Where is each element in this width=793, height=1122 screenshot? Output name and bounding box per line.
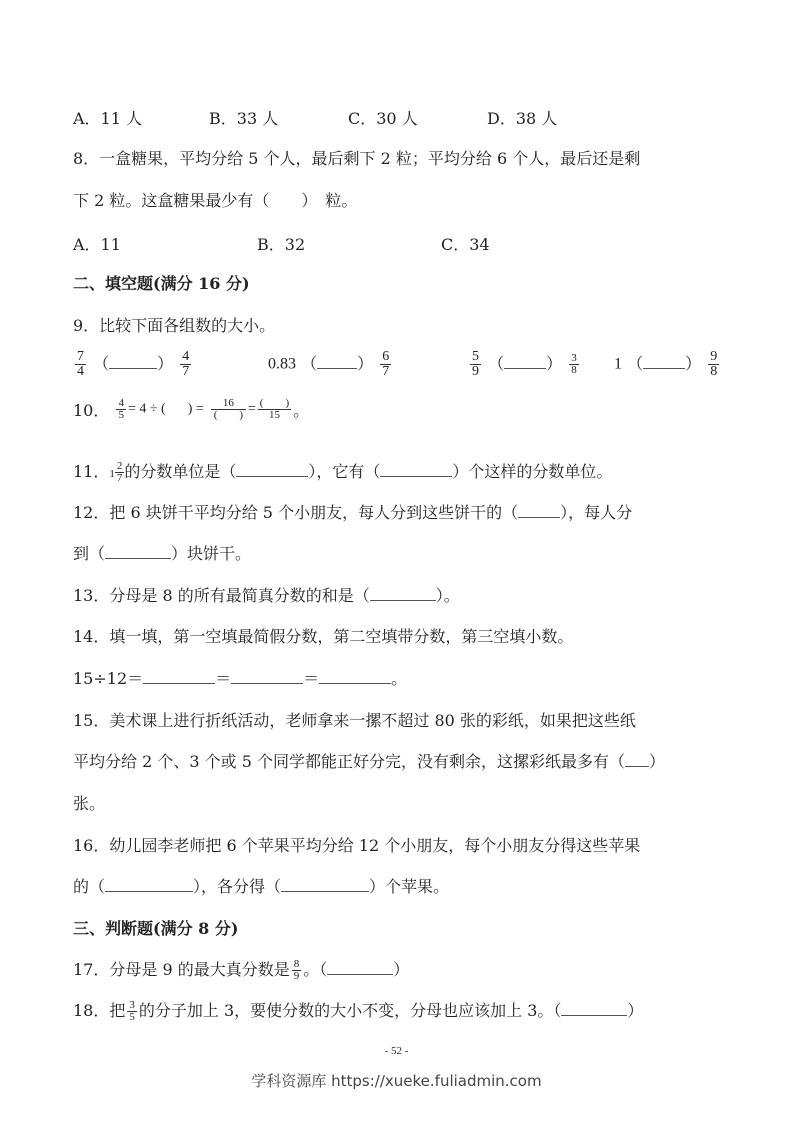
question-text: ） [649,752,665,771]
answer-blank[interactable] [109,354,157,369]
answer-blank[interactable] [643,354,685,369]
q8-line1: 8．一盒糖果，平均分给 5 个人，最后剩下 2 粒；平均分给 6 个人，最后还是… [73,148,640,170]
fraction-denominator: 5 [116,410,126,421]
equation-text: ＝ [215,669,231,688]
fraction-numerator: 4 [180,350,191,365]
equation-text: = [248,402,256,417]
fraction-denominator: 15 [267,410,282,421]
answer-blank[interactable] [327,960,393,975]
question-text: 13．分母是 8 的所有最简真分数的和是（ [73,586,370,605]
equation-text: ) = [188,402,204,417]
question-number: 10． [73,401,109,420]
q7-option-c: C．30 人 [348,106,418,129]
question-text: ） [627,1001,643,1020]
answer-blank[interactable] [518,503,560,518]
fraction-denominator: 7 [180,365,191,379]
fraction-numerator: 7 [75,350,86,365]
equation-text: = 4 ÷ ( [128,402,166,417]
question-text: 17．分母是 9 的最大真分数是 [73,960,290,979]
q11: 11．127的分数单位是（），它有（）个这样的分数单位。 [73,459,612,484]
answer-blank[interactable] [625,752,649,767]
integer-value: 1 [614,356,622,373]
source-watermark: 学科资源库 https://xueke.fuliadmin.com [0,1070,793,1091]
question-text: 。（ [303,960,327,979]
answer-blank-improper[interactable] [143,669,215,684]
fraction-denominator: 4 [75,365,86,379]
period: 。 [391,669,407,688]
q9-text: 9．比较下面各组数的大小。 [73,315,275,337]
q9-pair-3: 59 （） 38 [468,350,581,379]
fraction-denominator: 8 [569,365,579,376]
answer-blank[interactable] [105,544,171,559]
q13: 13．分母是 8 的所有最简真分数的和是（）。 [73,585,460,607]
q12-line1: 12．把 6 块饼干平均分给 5 个小朋友，每人分到这些饼干的（），每人分 [73,502,632,524]
question-text: ），每人分 [560,503,632,522]
answer-blank[interactable] [504,354,546,369]
page-number: - 52 - [0,1045,793,1057]
q7-option-a: A．11 人 [73,106,142,129]
answer-blank-decimal[interactable] [319,669,391,684]
question-text: ） [393,960,409,979]
q15-line3: 张。 [73,793,105,815]
fraction-numerator: 5 [470,350,481,365]
q10: 10． 45= 4 ÷ () = 16( )=( )15。 [73,398,309,421]
answer-blank[interactable] [281,877,369,892]
section-2-title: 二、填空题(满分 16 分) [73,273,250,295]
question-text: 的（ [73,877,105,896]
answer-blank[interactable] [105,877,193,892]
q15-line1: 15．美术课上进行折纸活动，老师拿来一摞不超过 80 张的彩纸，如果把这些纸 [73,710,636,732]
question-text: 平均分给 2 个、3 个或 5 个同学都能正好分完，没有剩余，这摞彩纸最多有（ [73,752,625,771]
question-text: 的分子加上 3，要使分数的大小不变，分母也应该加上 3。（ [139,1001,562,1020]
answer-blank[interactable] [236,462,308,477]
q9-pair-4: 1 （） 98 [614,350,721,379]
q16-line2: 的（），各分得（）个苹果。 [73,876,449,898]
q7-option-b: B．33 人 [209,106,278,129]
q8-option-a: A．11 [73,232,121,255]
q12-line2: 到（）块饼干。 [73,543,251,565]
question-text: ）。 [436,586,460,605]
q9-pair-2: 0.83 （） 67 [268,350,393,379]
q15-line2: 平均分给 2 个、3 个或 5 个同学都能正好分完，没有剩余，这摞彩纸最多有（） [73,751,665,773]
q18: 18．把35的分子加上 3，要使分数的大小不变，分母也应该加上 3。（） [73,998,643,1023]
q9-pair-1: 74 （） 47 [73,350,193,379]
q8-line2: 下 2 粒。这盒糖果最少有（ ） 粒。 [73,190,357,212]
equation-text: ＝ [303,669,319,688]
q14-expression: 15÷12＝＝＝。 [73,668,407,690]
q7-option-d: D．38 人 [487,106,557,129]
fraction-denominator: 9 [292,971,302,982]
fraction-denominator: 5 [127,1012,137,1023]
question-text: 12．把 6 块饼干平均分给 5 个小朋友，每人分到这些饼干的（ [73,503,518,522]
answer-blank[interactable] [317,354,357,369]
fraction-denominator: 8 [708,365,719,379]
fraction-denominator: 9 [470,365,481,379]
question-text: 18．把 [73,1001,125,1020]
question-text: ），它有（ [308,462,380,481]
question-text: ）个苹果。 [369,877,449,896]
q8-option-b: B．32 [257,232,305,255]
fraction-denominator: 7 [115,473,125,484]
answer-blank[interactable] [380,462,452,477]
question-text: ）块饼干。 [171,544,251,563]
fraction-denominator: 7 [380,365,391,379]
answer-blank-mixed[interactable] [231,669,303,684]
q17: 17．分母是 9 的最大真分数是89。（） [73,957,409,982]
question-text: 到（ [73,544,105,563]
q16-line1: 16．幼儿园李老师把 6 个苹果平均分给 12 个小朋友，每个小朋友分得这些苹果 [73,835,640,857]
fraction-numerator: 9 [708,350,719,365]
question-number: 11． [73,462,109,481]
section-3-title: 三、判断题(满分 8 分) [73,918,238,940]
period: 。 [293,401,309,420]
answer-blank[interactable] [561,1001,627,1016]
q14-text: 14．填一填，第一空填最简假分数，第二空填带分数，第三空填小数。 [73,626,573,648]
q8-option-c: C．34 [441,232,490,255]
answer-blank[interactable] [370,586,436,601]
fraction-denominator-blank[interactable]: ( ) [212,410,245,421]
question-text: 的分数单位是（ [124,462,236,481]
question-text: ），各分得（ [193,877,281,896]
fraction-numerator: 6 [380,350,391,365]
equation-text: 15÷12＝ [73,669,143,688]
decimal-value: 0.83 [268,356,296,373]
question-text: ）个这样的分数单位。 [452,462,612,481]
